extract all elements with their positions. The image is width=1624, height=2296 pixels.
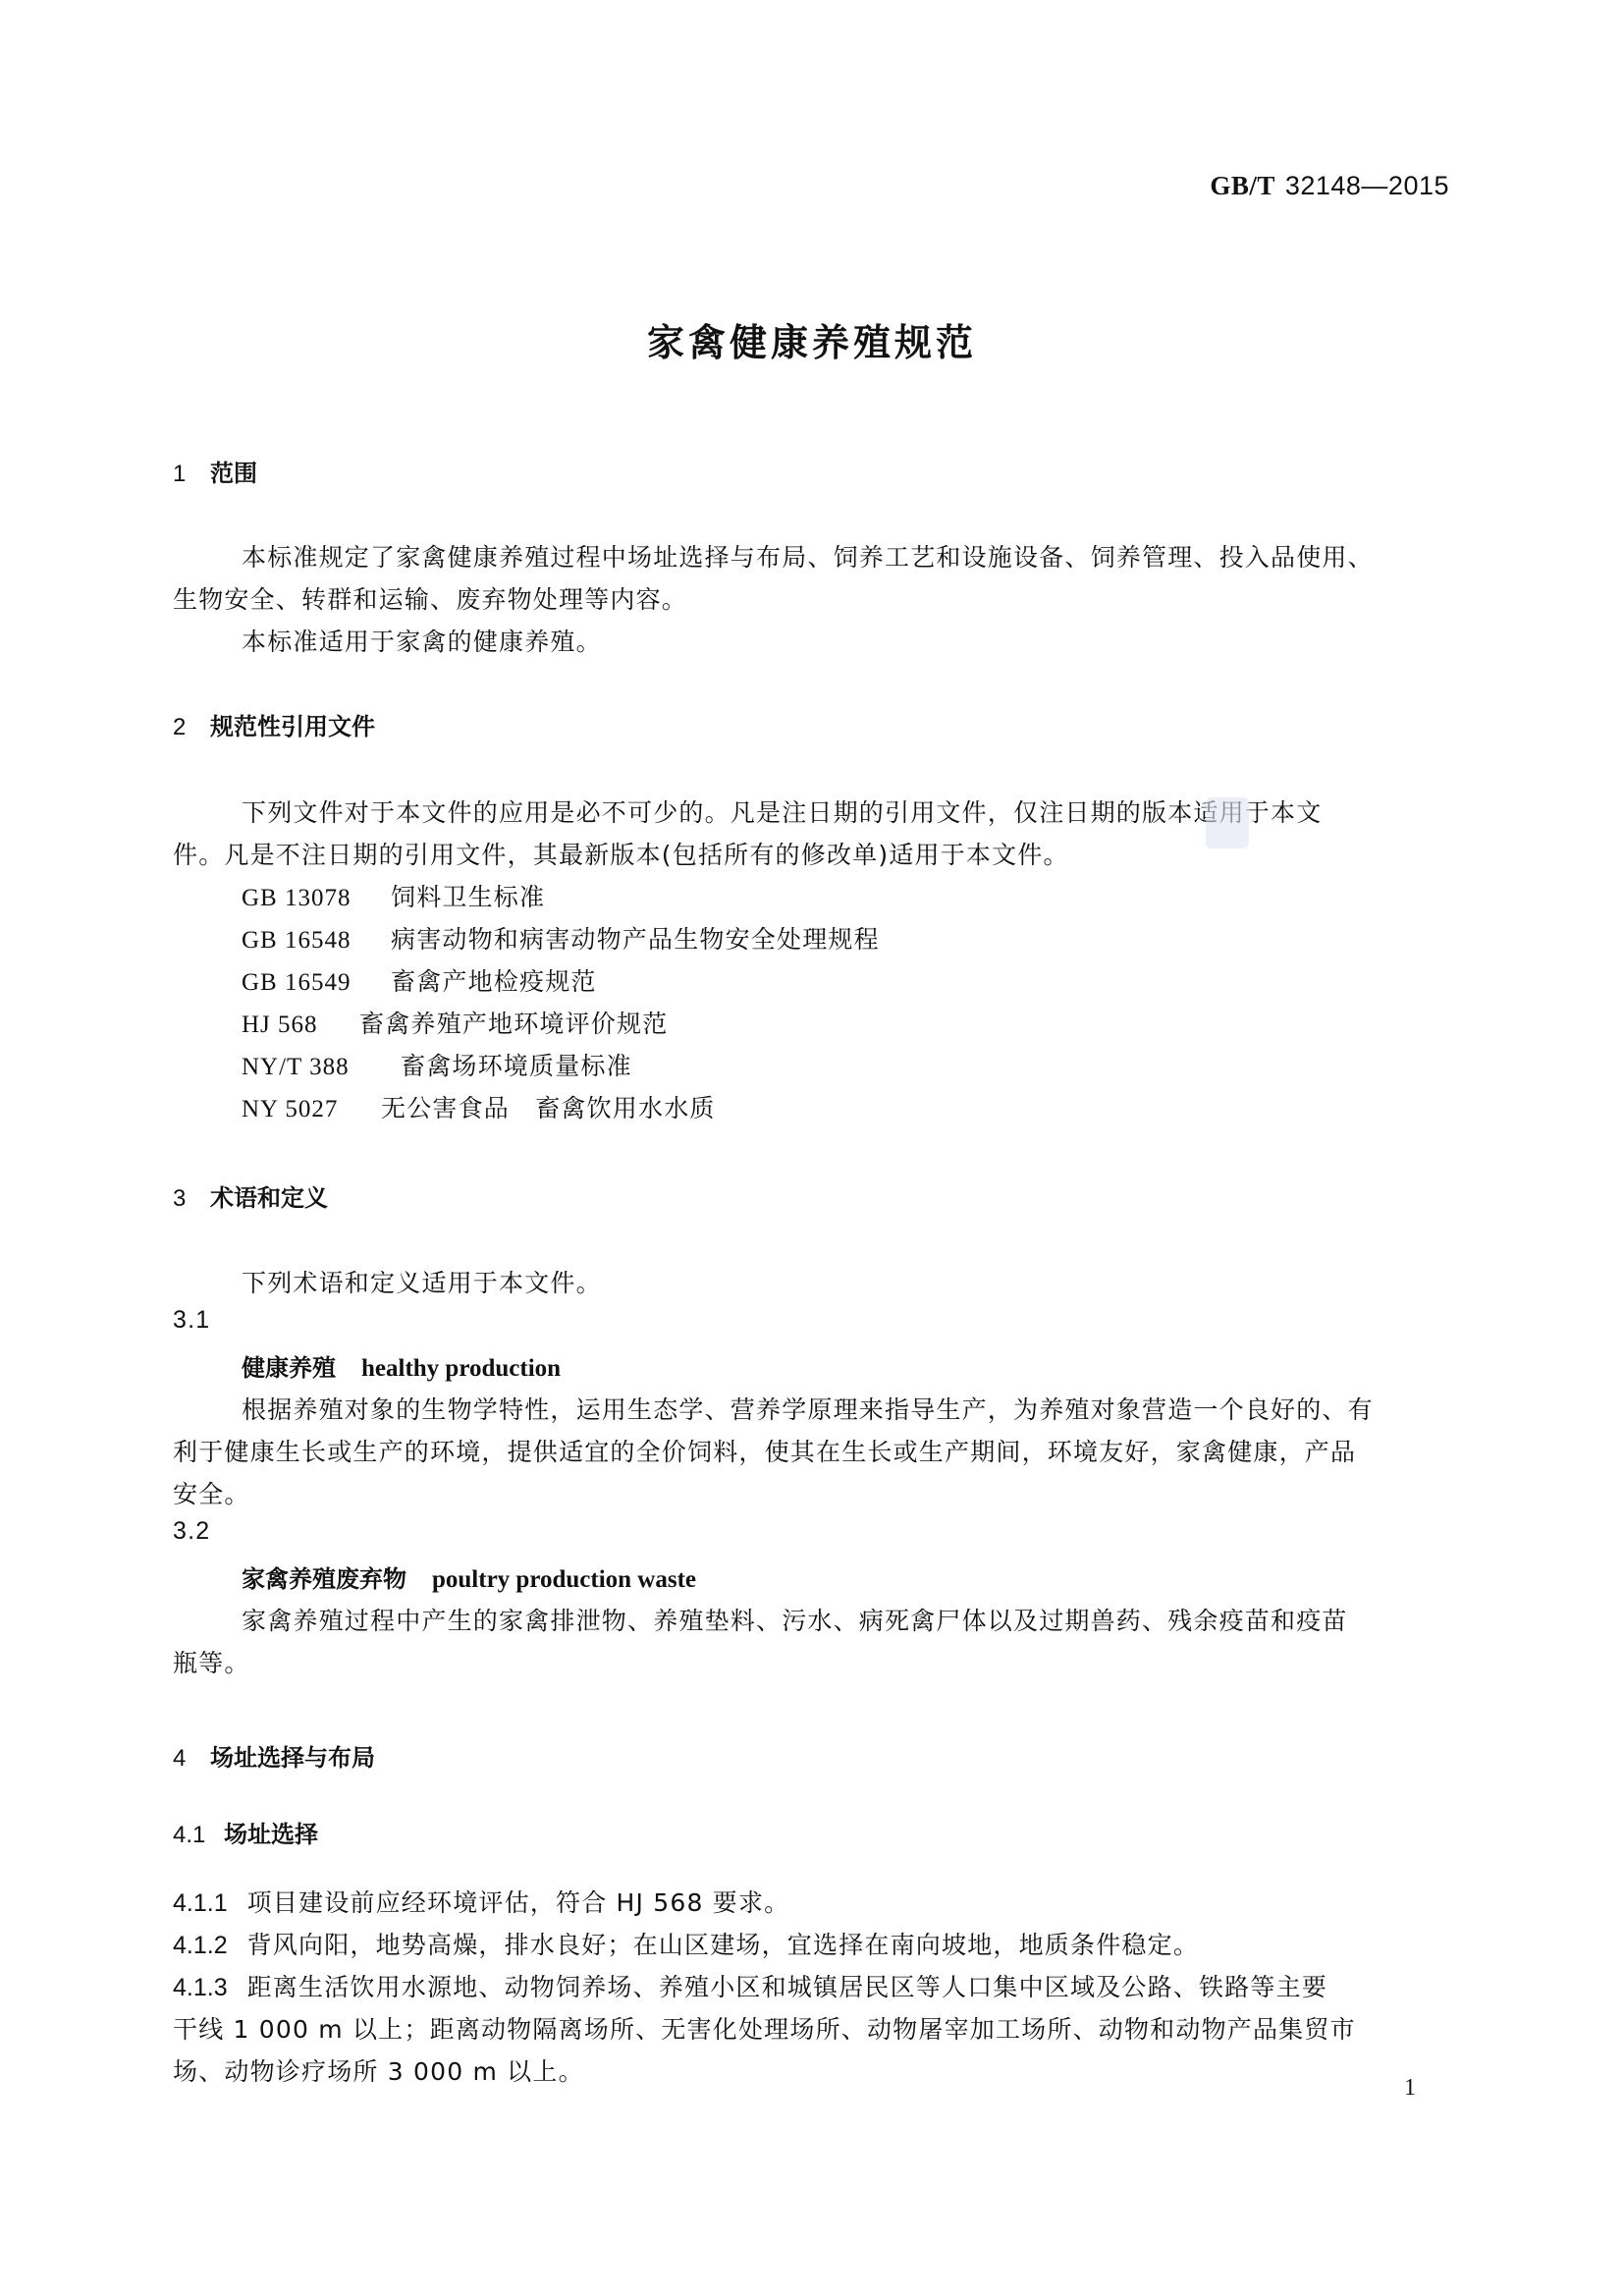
term-number: 3.1 (173, 1306, 210, 1335)
section-1-heading: 1范围 (173, 454, 257, 488)
section-title: 范围 (210, 460, 257, 487)
reference-code: NY 5027 (242, 1096, 381, 1123)
definition-line: 根据养殖对象的生物学特性，运用生态学、营养学原理来指导生产，为养殖对象营造一个良… (242, 1391, 1374, 1426)
reference-title: 畜禽养殖产地环境评价规范 (359, 1010, 668, 1038)
clause-4-1-1: 4.1.1项目建设前应经环境评估，符合 HJ 568 要求。 (173, 1884, 789, 1919)
definition-line: 安全。 (173, 1475, 250, 1510)
reference-code: GB 13078 (242, 885, 391, 912)
section-title: 规范性引用文件 (210, 713, 375, 740)
term-cn: 健康养殖 (242, 1354, 336, 1382)
clause-text-line: 干线 1 000 m 以上；距离动物隔离场所、无害化处理场所、动物屠宰加工场所、… (173, 2010, 1356, 2046)
reference-code: NY/T 388 (242, 1054, 401, 1081)
definition-line: 瓶等。 (173, 1644, 250, 1679)
section-4-heading: 4场址选择与布局 (173, 1738, 375, 1773)
reference-title: 畜禽产地检疫规范 (391, 967, 597, 996)
reference-item: GB 16548病害动物和病害动物产品生物安全处理规程 (242, 920, 880, 956)
reference-code: HJ 568 (242, 1011, 359, 1039)
reference-item: GB 13078饲料卫生标准 (242, 878, 545, 913)
reference-code: GB 16548 (242, 927, 391, 955)
paragraph-line: 件。凡是不注日期的引用文件，其最新版本(包括所有的修改单)适用于本文件。 (173, 836, 1069, 871)
clause-number: 4.1.3 (173, 1974, 228, 2002)
standard-code: GB/T32148—2015 (1210, 171, 1449, 201)
term-number: 3.2 (173, 1517, 210, 1546)
term-heading: 健康养殖healthy production (242, 1348, 561, 1383)
clause-number: 4.1.1 (173, 1889, 228, 1918)
reference-item: GB 16549畜禽产地检疫规范 (242, 962, 597, 998)
definition-line: 家禽养殖过程中产生的家禽排泄物、养殖垫料、污水、病死禽尸体以及过期兽药、残余疫苗… (242, 1602, 1348, 1637)
section-number: 3 (173, 1185, 210, 1213)
term-heading: 家禽养殖废弃物poultry production waste (242, 1559, 696, 1594)
reference-title: 饲料卫生标准 (391, 883, 545, 911)
reference-title: 无公害食品 畜禽饮用水水质 (381, 1094, 716, 1122)
reference-item: HJ 568畜禽养殖产地环境评价规范 (242, 1005, 668, 1040)
definition-line: 利于健康生长或生产的环境，提供适宜的全价饲料，使其在生长或生产期间，环境友好，家… (173, 1433, 1356, 1468)
document-title: 家禽健康养殖规范 (0, 312, 1624, 366)
clause-number: 4.1.2 (173, 1932, 228, 1960)
paragraph-line: 本标准规定了家禽健康养殖过程中场址选择与布局、饲养工艺和设施设备、饲养管理、投入… (242, 538, 1374, 574)
page-number: 1 (1404, 2075, 1416, 2102)
watermark-logo (1206, 797, 1249, 848)
clause-text-line: 场、动物诊疗场所 3 000 m 以上。 (173, 2052, 584, 2088)
term-en: healthy production (361, 1355, 561, 1382)
reference-item: NY 5027无公害食品 畜禽饮用水水质 (242, 1089, 716, 1124)
paragraph-line: 生物安全、转群和运输、废弃物处理等内容。 (173, 580, 687, 616)
term-en: poultry production waste (432, 1566, 696, 1593)
subsection-4-1-heading: 4.1场址选择 (173, 1815, 318, 1849)
paragraph-line: 本标准适用于家禽的健康养殖。 (242, 623, 602, 658)
section-number: 4 (173, 1745, 210, 1773)
section-number: 1 (173, 461, 210, 488)
clause-4-1-3: 4.1.3距离生活饮用水源地、动物饲养场、养殖小区和城镇居民区等人口集中区域及公… (173, 1968, 1327, 2003)
standard-number: 32148—2015 (1285, 171, 1449, 200)
clause-text: 距离生活饮用水源地、动物饲养场、养殖小区和城镇居民区等人口集中区域及公路、铁路等… (247, 1973, 1327, 2001)
reference-title: 病害动物和病害动物产品生物安全处理规程 (391, 925, 880, 954)
clause-text: 背风向阳，地势高燥，排水良好；在山区建场，宜选择在南向坡地，地质条件稳定。 (247, 1931, 1199, 1959)
standard-prefix: GB/T (1210, 171, 1275, 200)
section-3-heading: 3术语和定义 (173, 1178, 328, 1213)
reference-item: NY/T 388畜禽场环境质量标准 (242, 1047, 632, 1082)
section-title: 场址选择与布局 (210, 1744, 375, 1772)
section-2-heading: 2规范性引用文件 (173, 707, 375, 741)
reference-code: GB 16549 (242, 969, 391, 997)
term-cn: 家禽养殖废弃物 (242, 1565, 406, 1593)
paragraph-line: 下列文件对于本文件的应用是必不可少的。凡是注日期的引用文件，仅注日期的版本适用于… (242, 793, 1322, 829)
reference-title: 畜禽场环境质量标准 (401, 1052, 632, 1080)
paragraph-line: 下列术语和定义适用于本文件。 (242, 1264, 602, 1299)
subsection-number: 4.1 (173, 1822, 224, 1849)
subsection-title: 场址选择 (224, 1821, 318, 1848)
clause-text: 项目建设前应经环境评估，符合 HJ 568 要求。 (247, 1888, 790, 1917)
clause-4-1-2: 4.1.2背风向阳，地势高燥，排水良好；在山区建场，宜选择在南向坡地，地质条件稳… (173, 1926, 1199, 1961)
section-number: 2 (173, 714, 210, 741)
section-title: 术语和定义 (210, 1184, 328, 1212)
